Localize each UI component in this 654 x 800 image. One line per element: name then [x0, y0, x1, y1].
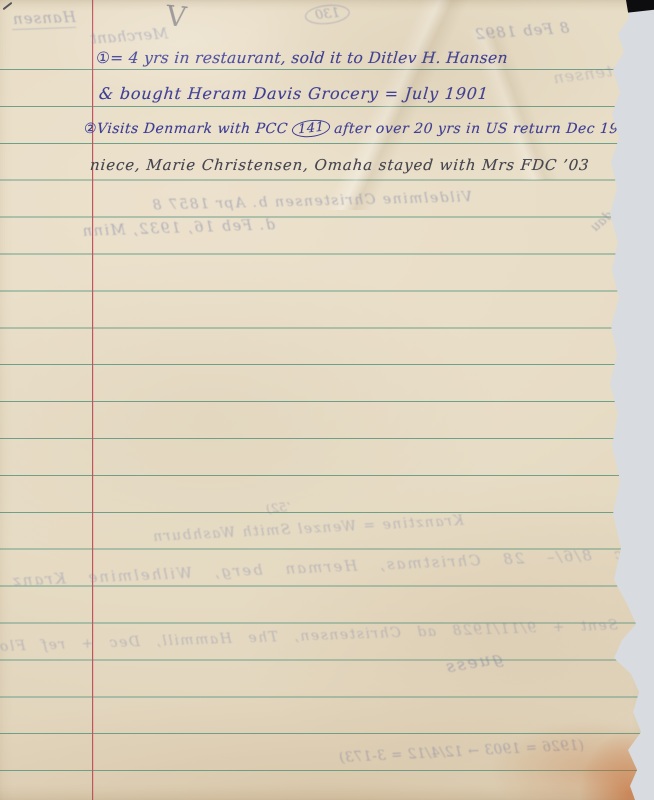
notebook-paper: Hansen Merchant V 130 8 Feb 1892 Christe…: [0, 0, 654, 800]
edge-shading: [0, 0, 654, 800]
scanned-notebook-page: Hansen Merchant V 130 8 Feb 1892 Christe…: [0, 0, 654, 800]
